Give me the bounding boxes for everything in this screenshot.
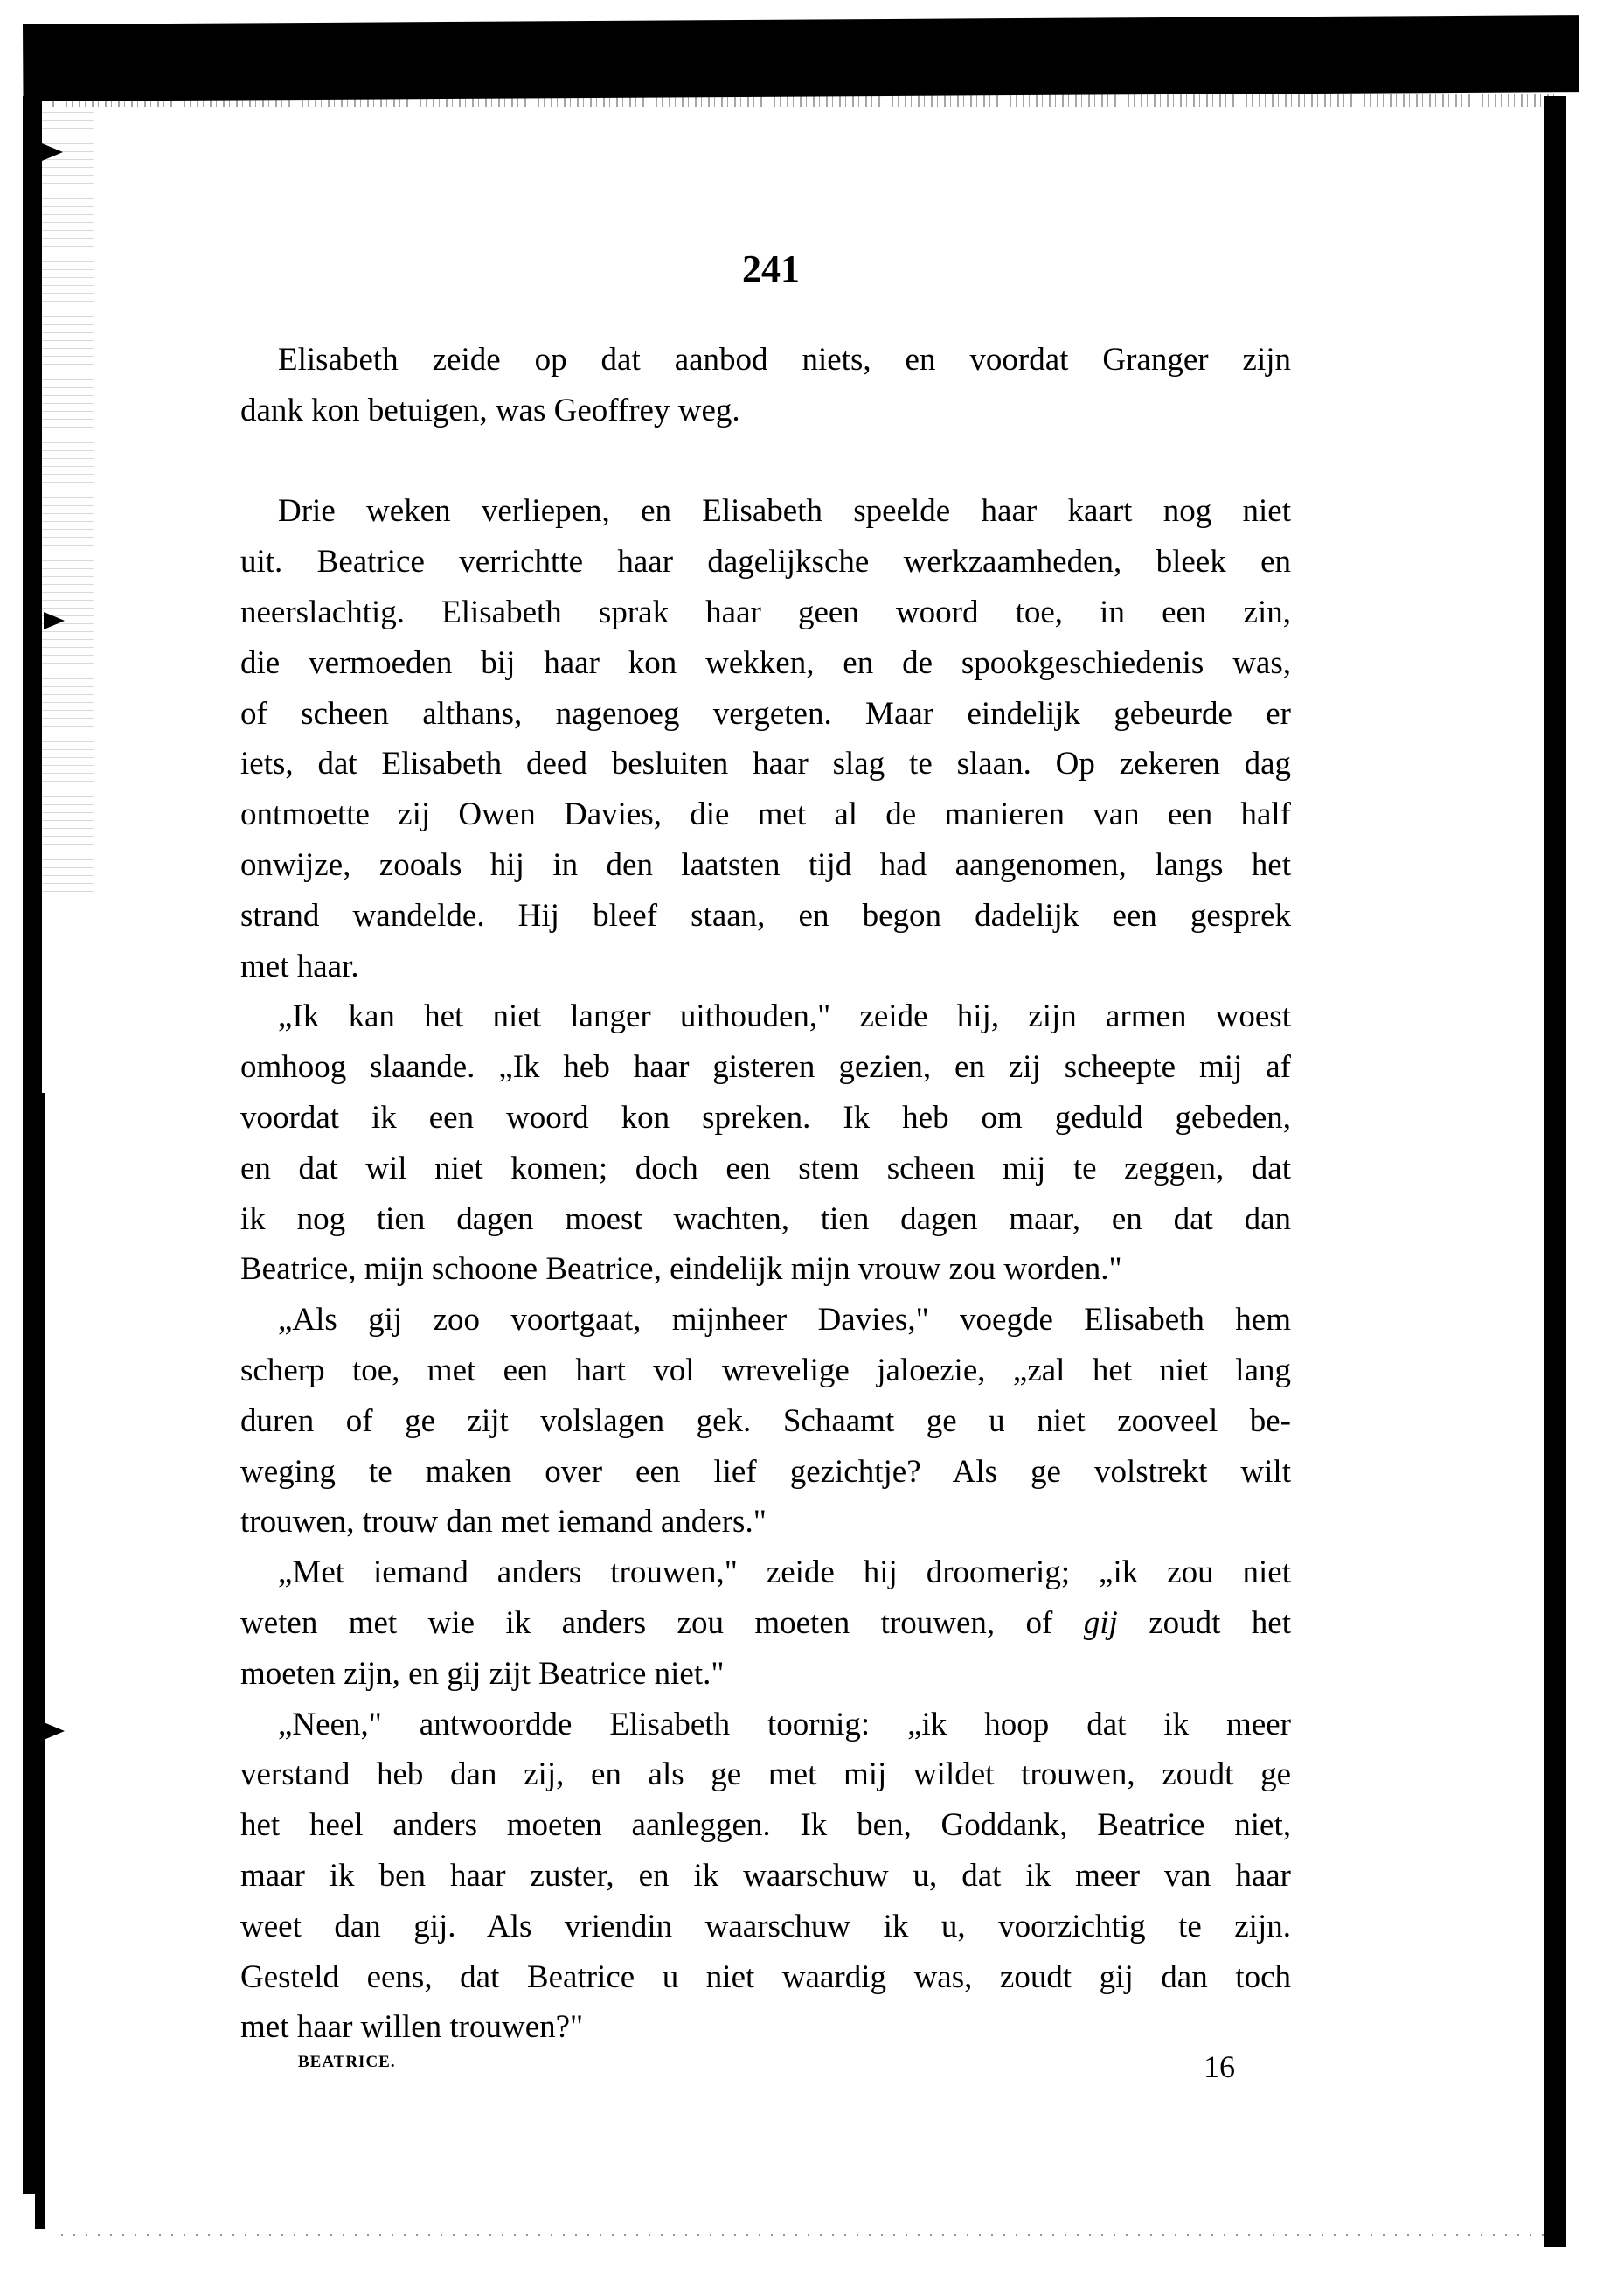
- text-line: dank kon betuigen, was Geoffrey weg.: [240, 386, 1291, 436]
- text-line: „Ik kan het niet langer uithouden," zeid…: [240, 991, 1291, 1042]
- text-line: ontmoette zij Owen Davies, die met al de…: [240, 789, 1291, 840]
- text-line: weging te maken over een lief gezichtje?…: [240, 1447, 1291, 1498]
- text-line: voordat ik een woord kon spreken. Ik heb…: [240, 1093, 1291, 1144]
- paragraph: „Met iemand anders trouwen," zeide hij d…: [240, 1547, 1291, 1699]
- paragraph: „Neen," antwoordde Elisabeth toornig: „i…: [240, 1700, 1291, 2054]
- text-line: ik nog tien dagen moest wachten, tien da…: [240, 1194, 1291, 1245]
- text-line: weten met wie ik anders zou moeten trouw…: [240, 1598, 1291, 1649]
- scanned-page: 241 Elisabeth zeide op dat aanbod niets,…: [0, 0, 1624, 2295]
- text-line: moeten zijn, en gij zijt Beatrice niet.": [240, 1649, 1291, 1700]
- text-line: „Met iemand anders trouwen," zeide hij d…: [240, 1547, 1291, 1598]
- text-line: met haar willen trouwen?": [240, 2002, 1291, 2053]
- scan-top-border: [23, 15, 1579, 101]
- text-line: onwijze, zooals hij in den laatsten tijd…: [240, 840, 1291, 891]
- text-line: en dat wil niet komen; doch een stem sch…: [240, 1144, 1291, 1194]
- text-line: „Neen," antwoordde Elisabeth toornig: „i…: [240, 1700, 1291, 1750]
- scan-right-border: [1544, 96, 1566, 2247]
- text-line: Elisabeth zeide op dat aanbod niets, en …: [240, 335, 1291, 386]
- section-break: [240, 436, 1291, 487]
- text-line: omhoog slaande. „Ik heb haar gisteren ge…: [240, 1042, 1291, 1093]
- binding-notch-icon: [42, 143, 63, 161]
- paragraph: „Ik kan het niet langer uithouden," zeid…: [240, 991, 1291, 1295]
- text-line: uit. Beatrice verrichtte haar dagelijksc…: [240, 537, 1291, 588]
- text-line: die vermoeden bij haar kon wekken, en de…: [240, 638, 1291, 689]
- page-number: 241: [736, 250, 806, 289]
- text-line: Drie weken verliepen, en Elisabeth speel…: [240, 486, 1291, 537]
- binding-notch-icon: [44, 612, 65, 629]
- scan-top-speckle: [52, 94, 1556, 107]
- scan-bottom-edge: [61, 2234, 1547, 2236]
- text-line: met haar.: [240, 942, 1291, 992]
- text-line: „Als gij zoo voortgaat, mijnheer Davies,…: [240, 1295, 1291, 1346]
- text-line: maar ik ben haar zuster, en ik waarschuw…: [240, 1851, 1291, 1902]
- body-text: Elisabeth zeide op dat aanbod niets, en …: [240, 335, 1291, 2053]
- text-line: neerslachtig. Elisabeth sprak haar geen …: [240, 588, 1291, 638]
- paragraph: Elisabeth zeide op dat aanbod niets, en …: [240, 335, 1291, 436]
- text-line: Beatrice, mijn schoone Beatrice, eindeli…: [240, 1244, 1291, 1295]
- text-line: het heel anders moeten aanleggen. Ik ben…: [240, 1800, 1291, 1851]
- text-line: weet dan gij. Als vriendin waarschuw ik …: [240, 1902, 1291, 1952]
- paragraph: „Als gij zoo voortgaat, mijnheer Davies,…: [240, 1295, 1291, 1547]
- text-line: iets, dat Elisabeth deed besluiten haar …: [240, 739, 1291, 789]
- text-line: of scheen althans, nagenoeg vergeten. Ma…: [240, 689, 1291, 740]
- text-line: duren of ge zijt volslagen gek. Schaamt …: [240, 1396, 1291, 1447]
- text-line: Gesteld eens, dat Beatrice u niet waardi…: [240, 1952, 1291, 2003]
- scan-left-border-lower: [35, 1093, 45, 2229]
- text-line: verstand heb dan zij, en als ge met mij …: [240, 1749, 1291, 1800]
- paragraph: Drie weken verliepen, en Elisabeth speel…: [240, 486, 1291, 991]
- text-line: strand wandelde. Hij bleef staan, en beg…: [240, 891, 1291, 942]
- scan-left-smudge: [42, 105, 94, 892]
- footer-sheet-number: 16: [1204, 2048, 1235, 2085]
- italic-word: gij: [1084, 1605, 1118, 1641]
- footer-signature: BEATRICE.: [298, 2053, 396, 2072]
- text-line: scherp toe, met een hart vol wrevelige j…: [240, 1346, 1291, 1396]
- text-line: trouwen, trouw dan met iemand anders.": [240, 1497, 1291, 1547]
- binding-notch-icon: [44, 1722, 65, 1740]
